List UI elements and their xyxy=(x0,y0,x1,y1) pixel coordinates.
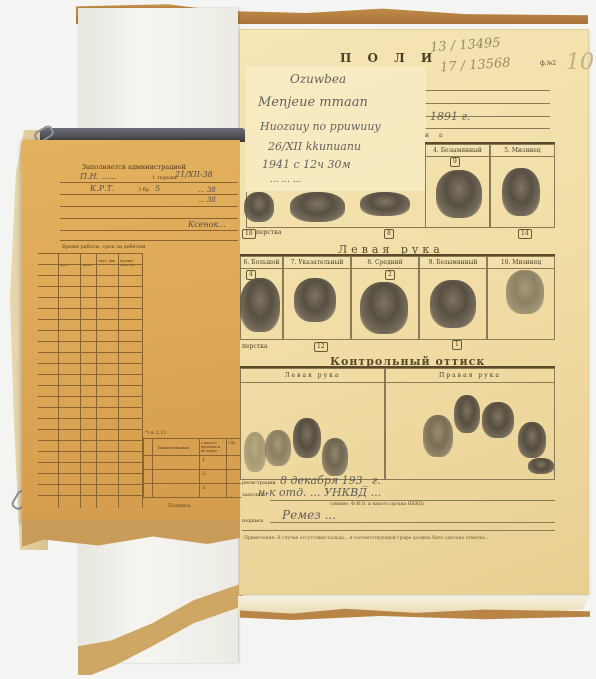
note-line-6: ... ... ... xyxy=(270,175,301,185)
field-line xyxy=(60,240,238,241)
admin-side-label-1: 1 тюрьма xyxy=(152,175,177,181)
fingerprint-left-8 xyxy=(360,282,408,334)
table-row-line xyxy=(38,473,142,474)
fingerprint-left-10 xyxy=(506,270,544,314)
fingerprint-left-6 xyxy=(240,278,280,332)
control-print xyxy=(265,430,291,466)
badge: 18 xyxy=(242,229,256,239)
left-hand-grid: 6. Большой 7. Указательный 8. Средний 9.… xyxy=(240,256,555,340)
header-index: 7. Указательный xyxy=(283,256,351,268)
header-little: 10. Мизинец xyxy=(487,256,555,268)
rule xyxy=(240,382,555,383)
admin-side-label-2: 3 бр. xyxy=(138,187,151,193)
note-line-5: 1941 c 12ч 30м xyxy=(262,158,351,171)
field-line xyxy=(60,218,238,219)
field-line xyxy=(60,230,238,231)
control-right-label: Правая рука xyxy=(385,372,555,379)
admin-table-title: Время работы, срок за дебетом xyxy=(62,244,145,250)
table-row-line xyxy=(38,319,142,320)
admin-form-title: Заполняется администрацией xyxy=(82,163,186,171)
badge: 12 xyxy=(314,342,328,352)
table-row-line xyxy=(38,396,142,397)
col-line xyxy=(226,439,227,497)
form-number: ф.№2 xyxy=(540,60,556,67)
table-row-line xyxy=(38,484,142,485)
admin-footer-label: Подпись xyxy=(168,503,191,509)
filled-by-caption: (звание, Ф.И.О. и какого органа НКВД) xyxy=(330,502,424,507)
table-row-line xyxy=(38,462,142,463)
field-line xyxy=(242,530,555,531)
table-row-line xyxy=(38,275,142,276)
header-middle: 8. Средний xyxy=(351,256,419,268)
right-hand-label: н а xyxy=(425,132,446,139)
table-row-line xyxy=(38,352,142,353)
admin-table: дни часы зачт. дни прочие вычеты xyxy=(38,253,143,508)
badge: 1 xyxy=(452,340,462,350)
col-line xyxy=(118,253,119,508)
note-line-2: Menjeue mmaan xyxy=(258,95,368,110)
table-row-line xyxy=(38,451,142,452)
summary-header: Наименование xyxy=(158,445,189,450)
fingerprint-left-7 xyxy=(294,278,336,322)
table-row-line xyxy=(38,374,142,375)
summary-table: Наименование с какого времени и по какое… xyxy=(143,438,241,498)
note-line-1: Ozuwbea xyxy=(290,72,346,86)
fingerprint-right-3 xyxy=(360,192,410,216)
control-print xyxy=(293,418,321,458)
table-row-line xyxy=(38,308,142,309)
col-line xyxy=(80,253,81,508)
summary-header: с какого времени и по какое xyxy=(201,441,225,453)
admin-side-value-2: 5 xyxy=(155,184,160,193)
fingerprint-right-4 xyxy=(436,170,482,218)
header-ring-finger: 4. Безымянный xyxy=(425,144,490,156)
table-row-line xyxy=(38,363,142,364)
admin-table-header: прочие вычеты xyxy=(120,259,142,267)
summary-row: 3 xyxy=(202,485,205,491)
field-line xyxy=(270,500,555,501)
col-line xyxy=(152,439,153,497)
table-row-line xyxy=(38,429,142,430)
row-line xyxy=(144,483,241,484)
row-line xyxy=(144,469,241,470)
signature: Ремез ... xyxy=(282,508,336,522)
summary-row: 2 xyxy=(202,471,205,477)
summary-row: 1 xyxy=(202,457,205,463)
caption: перстка xyxy=(256,229,281,236)
footnote: Примечание: В случае отсутствия пальца..… xyxy=(244,535,554,542)
col-line xyxy=(199,439,200,497)
header-thumb: 6. Большой xyxy=(240,256,283,268)
admin-side-value-1: 21/XII-38 xyxy=(175,170,213,179)
field-line xyxy=(425,128,550,129)
note-line-3: Huozauy no ppuwuuy xyxy=(260,120,381,133)
admin-field-value-2: К.Р.Т. xyxy=(90,184,115,193)
badge: 8 xyxy=(384,229,394,239)
control-print xyxy=(423,415,453,457)
table-row-line xyxy=(38,330,142,331)
fingerprint-right-1 xyxy=(244,192,274,222)
control-print xyxy=(244,432,266,472)
fingerprint-right-5 xyxy=(502,168,540,216)
control-print xyxy=(454,395,480,433)
table-row-line xyxy=(38,407,142,408)
table-row-line xyxy=(38,418,142,419)
summary-header: с бу xyxy=(228,441,235,445)
field-line xyxy=(60,206,238,207)
badge: 2 xyxy=(385,270,395,280)
summary-label: *) в 2.11 xyxy=(145,430,167,436)
table-row-line xyxy=(38,297,142,298)
margin-digit: 10 xyxy=(566,50,594,75)
table-row-line xyxy=(38,341,142,342)
card-title: П О Л И xyxy=(340,51,438,65)
badge: 14 xyxy=(518,229,532,239)
field-line xyxy=(425,103,550,104)
fingerprint-left-9 xyxy=(430,280,476,328)
control-print xyxy=(518,422,546,458)
fingerprint-right-2 xyxy=(290,192,345,222)
filled-by: н-к отд. ... УНКВД ... xyxy=(258,486,381,499)
admin-table-header: зачт. дни xyxy=(98,259,115,263)
table-row-line xyxy=(38,440,142,441)
header-little-finger: 5. Мизинец xyxy=(490,144,555,156)
col-line xyxy=(96,253,97,508)
col-line xyxy=(58,253,59,508)
table-row-line xyxy=(38,264,142,265)
table-row-line xyxy=(38,253,142,254)
admin-side-value-4: ... 38 xyxy=(198,196,216,204)
field-line xyxy=(60,194,238,195)
table-row-line xyxy=(38,495,142,496)
table-row-line xyxy=(38,286,142,287)
admin-surname: Ксенок... xyxy=(188,220,226,229)
badge: 9 xyxy=(450,157,460,167)
caption: перстка xyxy=(242,343,267,350)
control-print xyxy=(528,458,554,474)
header-ring: 9. Безымянный xyxy=(419,256,487,268)
birth-year: 1891 г. xyxy=(430,110,471,123)
control-print xyxy=(482,402,514,438)
control-left-label: Левая рука xyxy=(240,372,385,379)
control-print xyxy=(322,438,348,476)
field-line xyxy=(425,90,550,91)
table-row-line xyxy=(38,385,142,386)
field-line xyxy=(270,522,555,523)
admin-field-value-1: П.Н. ...... xyxy=(80,172,117,181)
note-line-4: 26/XII kkunuanu xyxy=(268,140,361,153)
badge: 4 xyxy=(246,270,256,280)
admin-side-value-3: ... 38 xyxy=(198,186,216,194)
signature-label: подпись xyxy=(242,518,264,524)
row-line xyxy=(144,455,241,456)
field-line xyxy=(60,182,238,183)
